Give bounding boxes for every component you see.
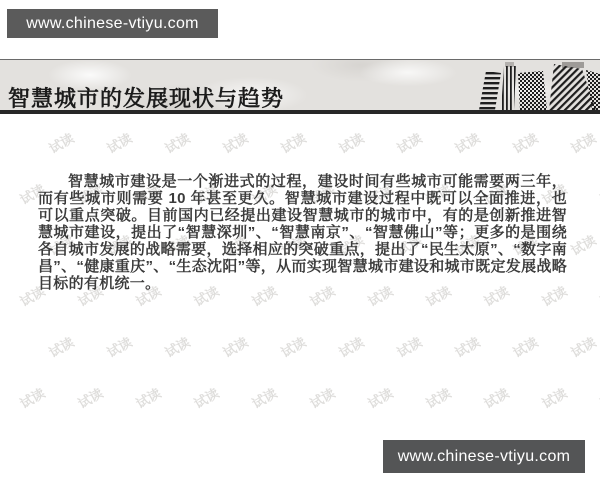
- site-url-text: www.chinese-vtiyu.com: [398, 448, 571, 466]
- watermark-text: 试读: [219, 128, 251, 157]
- watermark-text: 试读: [596, 281, 600, 310]
- watermark-text: 试读: [393, 128, 425, 157]
- watermark-text: 试读: [538, 383, 570, 412]
- watermark-text: 试读: [190, 383, 222, 412]
- watermark-text: 试读: [306, 383, 338, 412]
- watermark-text: 试读: [248, 383, 280, 412]
- watermark-text: 试读: [277, 332, 309, 361]
- watermark-text: 试读: [161, 128, 193, 157]
- watermark-text: 试读: [219, 332, 251, 361]
- watermark-text: 试读: [364, 383, 396, 412]
- watermark-text: 试读: [335, 332, 367, 361]
- watermark-text: 试读: [132, 383, 164, 412]
- watermark-text: 试读: [74, 383, 106, 412]
- header-underline: [0, 110, 600, 114]
- watermark-text: 试读: [45, 332, 77, 361]
- watermark-text: 试读: [509, 332, 541, 361]
- body-paragraph: 智慧城市建设是一个渐进式的过程，建设时间有些城市可能需要两三年，而有些城市则需要…: [38, 173, 567, 292]
- watermark-text: 试读: [596, 383, 600, 412]
- watermark-text: 试读: [567, 230, 599, 259]
- watermark-text: 试读: [103, 128, 135, 157]
- watermark-text: 试读: [596, 179, 600, 208]
- watermark-text: 试读: [335, 128, 367, 157]
- watermark-text: 试读: [567, 128, 599, 157]
- watermark-text: 试读: [393, 332, 425, 361]
- watermark-text: 试读: [509, 128, 541, 157]
- watermark-text: 试读: [161, 332, 193, 361]
- watermark-text: 试读: [451, 128, 483, 157]
- watermark-text: 试读: [45, 128, 77, 157]
- site-url-badge-bottom: www.chinese-vtiyu.com: [383, 440, 585, 473]
- site-url-text: www.chinese-vtiyu.com: [26, 15, 199, 33]
- city-skyline-icon: [470, 62, 600, 115]
- watermark-text: 试读: [451, 332, 483, 361]
- watermark-text: 试读: [480, 383, 512, 412]
- page-title: 智慧城市的发展现状与趋势: [8, 82, 284, 113]
- watermark-text: 试读: [103, 332, 135, 361]
- watermark-text: 试读: [567, 332, 599, 361]
- site-url-badge-top: www.chinese-vtiyu.com: [7, 9, 218, 38]
- watermark-text: 试读: [422, 383, 454, 412]
- watermark-text: 试读: [16, 383, 48, 412]
- watermark-text: 试读: [277, 128, 309, 157]
